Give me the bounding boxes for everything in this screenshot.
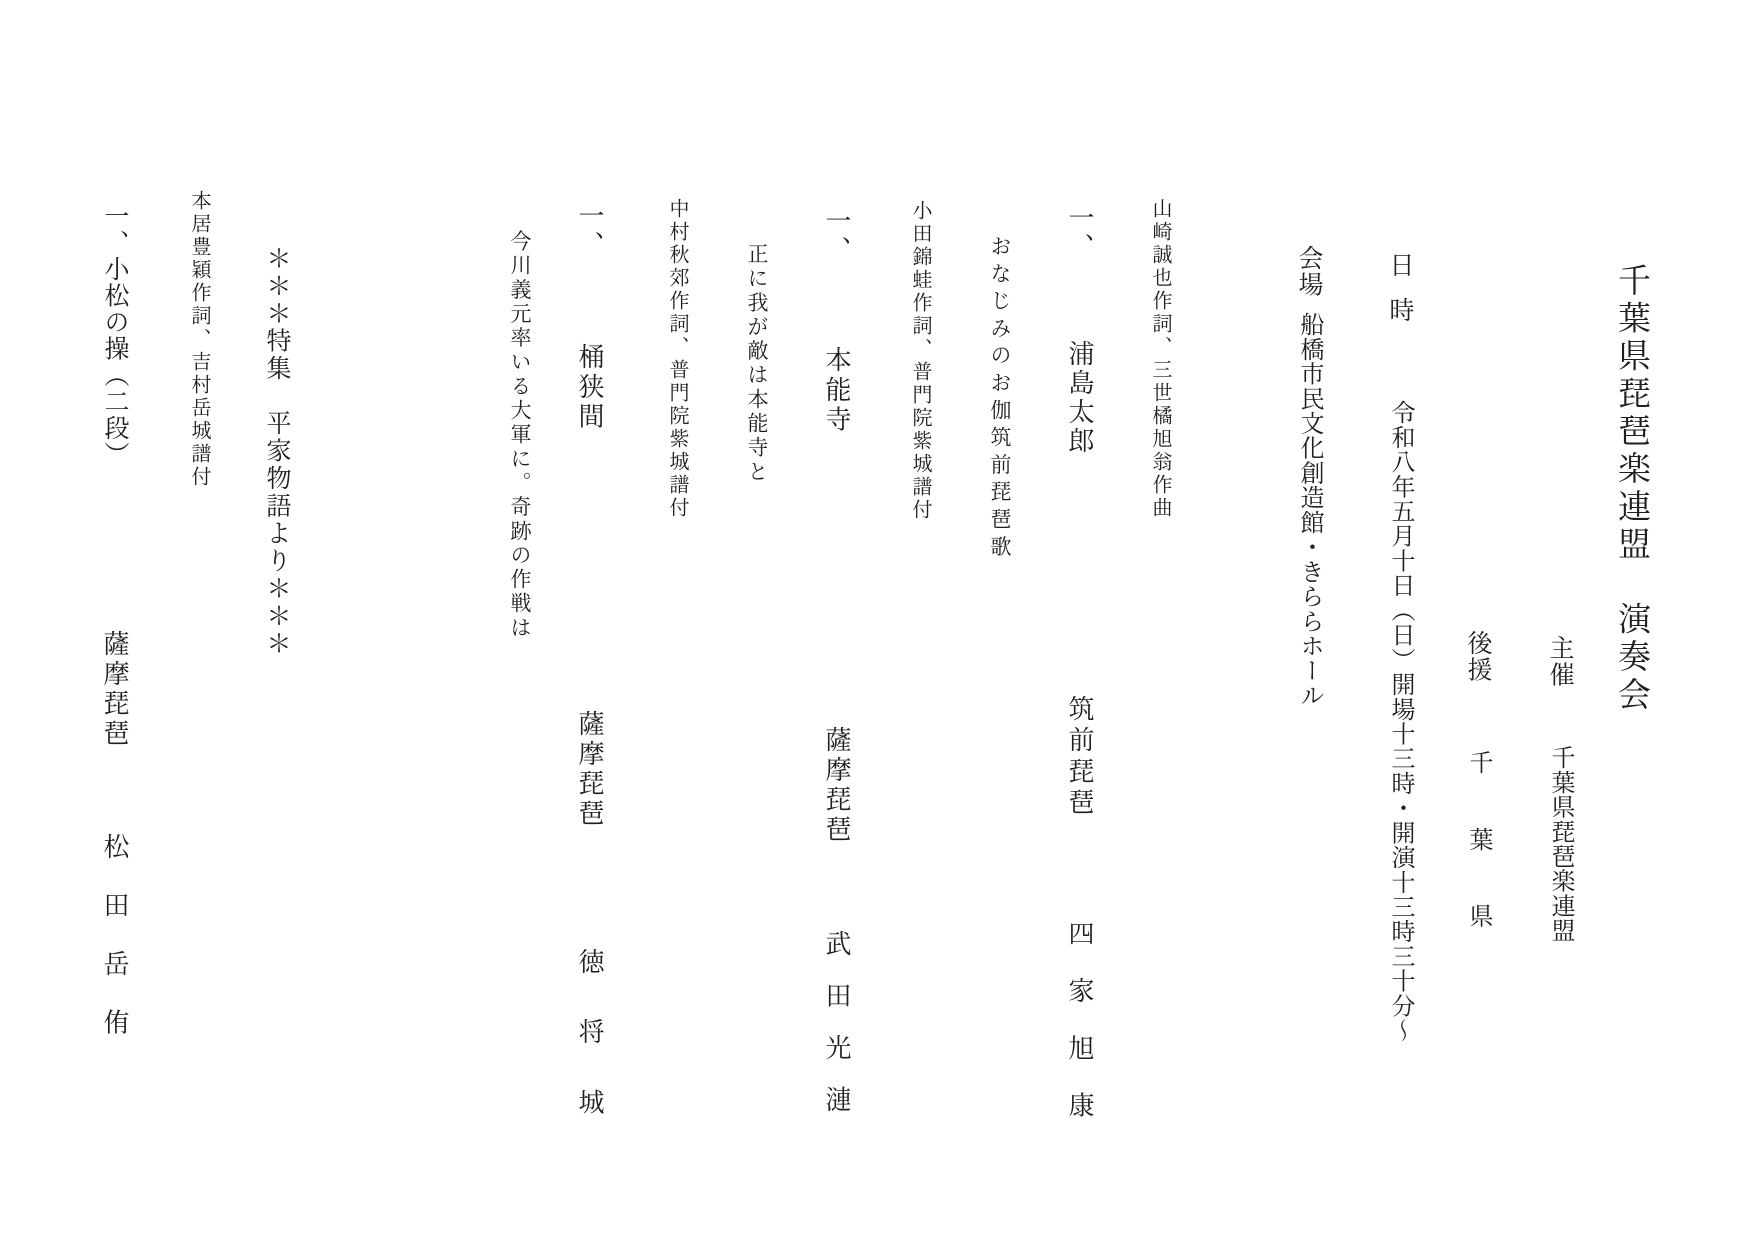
- program-1-title: 浦島太郎: [1067, 340, 1093, 456]
- organizer-value: 千葉県琵琶楽連盟: [1548, 745, 1572, 943]
- venue-value: 船橋市民文化創造館・きららホール: [1297, 312, 1321, 708]
- program-3-credit: 中村秋郊作詞、普門院紫城譜付: [667, 198, 687, 520]
- support-label: 後援: [1465, 630, 1490, 683]
- feature-1-credit: 本居豊穎作詞、吉村岳城譜付: [189, 190, 209, 489]
- datetime-label: 日時: [1387, 252, 1412, 342]
- program-2-instrument: 薩摩琵琶: [824, 726, 850, 846]
- support-value: 千葉県: [1466, 750, 1490, 980]
- program-3-tagline: 今川義元率いる大軍に。奇跡の作戦は: [509, 230, 530, 641]
- feature-1-title-line: 一、小松の操（二段）: [102, 203, 127, 468]
- program-3-performer: 徳将城: [577, 948, 603, 1159]
- program-1-credit: 山崎誠也作詞、三世橘旭翁作曲: [1150, 198, 1170, 520]
- program-2-performer: 武田光漣: [824, 930, 850, 1138]
- program-1-performer: 四家旭康: [1067, 920, 1093, 1149]
- concert-program-page: 千葉県琵琶楽連盟 演奏会 主催 千葉県琵琶楽連盟 後援 千葉県 日時 令和八年五…: [0, 0, 1755, 1241]
- program-2-number: 一、: [824, 207, 850, 265]
- organizer-label: 主催: [1547, 635, 1572, 688]
- program-2-credit: 小田錦蛙作詞、普門院紫城譜付: [910, 200, 930, 522]
- feature-1-instrument: 薩摩琵琶: [102, 630, 128, 750]
- feature-1-performer: 松田岳侑: [102, 833, 128, 1067]
- program-2-tagline: 正に我が敵は本能寺と: [746, 243, 767, 485]
- datetime-value: 令和八年五月十日（日）開場十三時・開演十三時三十分〜: [1388, 400, 1412, 1043]
- program-1-number: 一、: [1067, 204, 1093, 262]
- program-3-title: 桶狭間: [577, 343, 603, 433]
- program-3-instrument: 薩摩琵琶: [577, 710, 603, 830]
- feature-heading: ＊＊＊特集 平家物語より＊＊＊: [264, 245, 289, 658]
- event-title: 千葉県琵琶楽連盟 演奏会: [1616, 263, 1649, 714]
- program-2-title: 本能寺: [824, 346, 850, 436]
- venue-label: 会場: [1296, 245, 1321, 298]
- program-1-instrument: 筑前琵琶: [1067, 695, 1093, 820]
- program-1-tagline: おなじみのお伽筑前琵琶歌: [989, 235, 1010, 563]
- program-3-number: 一、: [577, 202, 603, 260]
